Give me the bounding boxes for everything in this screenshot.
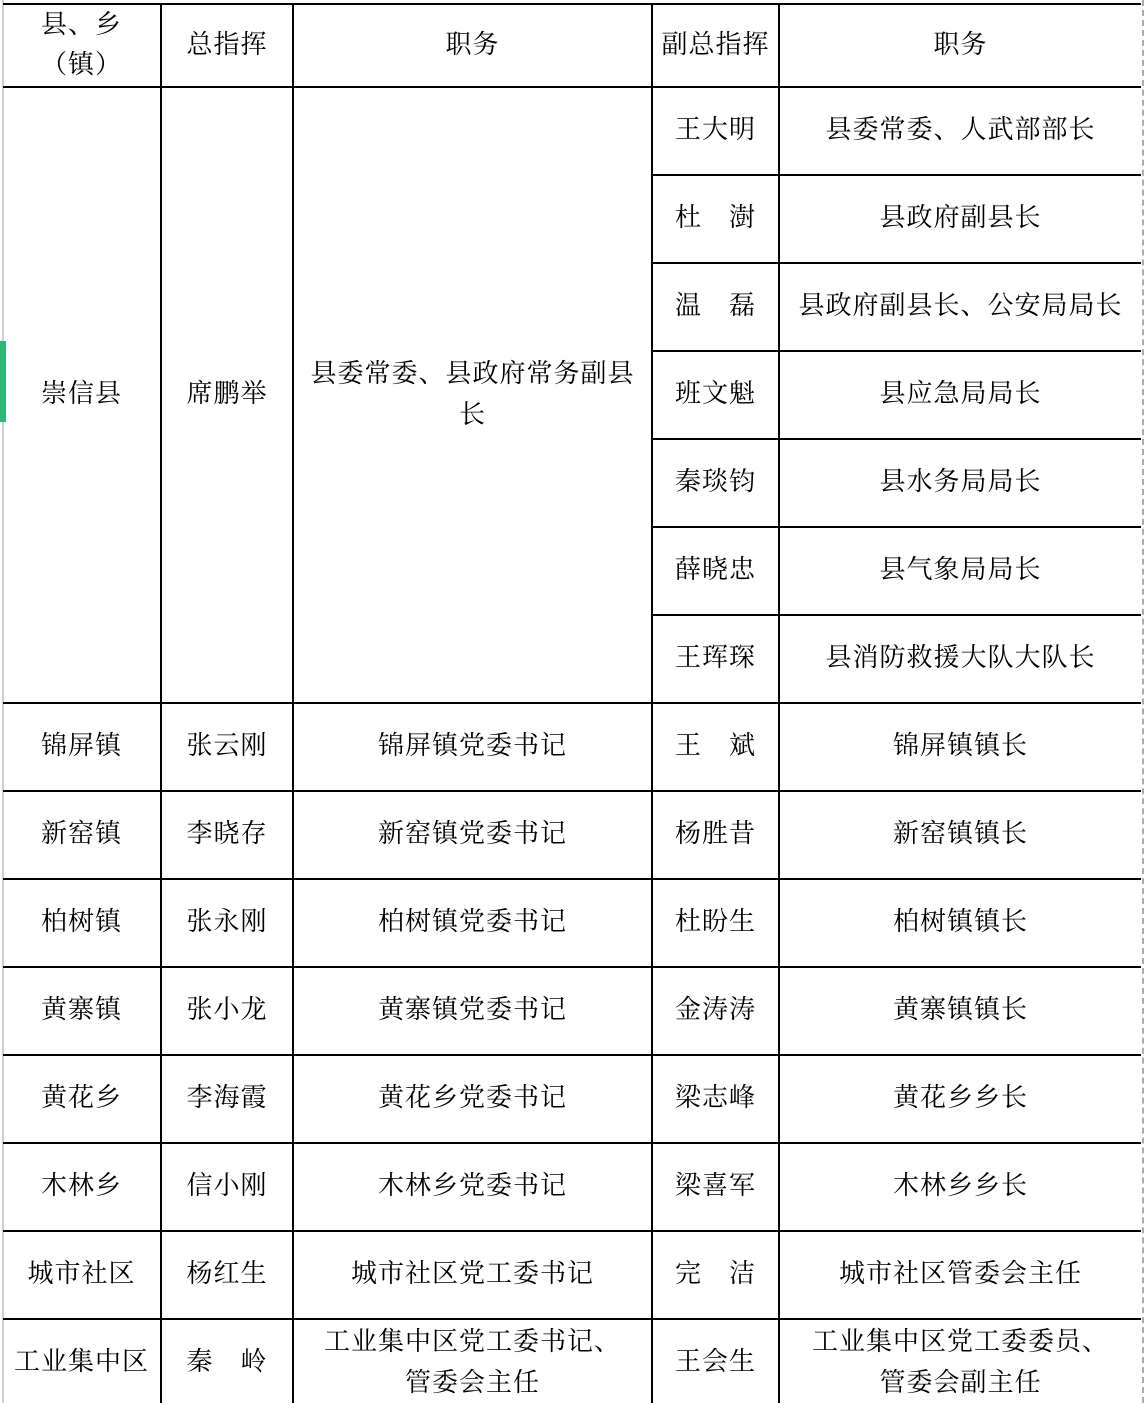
header-region: 县、乡（镇） <box>3 4 161 87</box>
command-structure-table: 县、乡（镇） 总指挥 职务 副总指挥 职务 崇信县 席鹏举 县委常委、县政府常务… <box>3 3 1141 1403</box>
deputy-title-cell: 县政府副县长 <box>779 175 1141 263</box>
chief-commander-cell: 杨红生 <box>161 1231 293 1319</box>
deputy-title-cell: 县委常委、人武部部长 <box>779 87 1141 175</box>
deputy-title-cell: 县应急局局长 <box>779 351 1141 439</box>
table-row: 黄花乡 李海霞 黄花乡党委书记 梁志峰 黄花乡乡长 <box>3 1055 1141 1143</box>
deputy-name-cell: 杜盼生 <box>652 879 779 967</box>
document-page: { "page": { "background": "#ffffff", "gr… <box>0 0 1147 1403</box>
deputy-name-cell: 杨胜昔 <box>652 791 779 879</box>
deputy-name-cell: 薛晓忠 <box>652 527 779 615</box>
deputy-name-cell: 梁志峰 <box>652 1055 779 1143</box>
chief-title-cell: 工业集中区党工委书记、 管委会主任 <box>293 1319 652 1403</box>
deputy-title-cell: 工业集中区党工委委员、 管委会副主任 <box>779 1319 1141 1403</box>
header-deputy-title: 职务 <box>779 4 1141 87</box>
deputy-title-cell: 新窑镇镇长 <box>779 791 1141 879</box>
chief-commander-cell: 信小刚 <box>161 1143 293 1231</box>
deputy-name-cell: 王珲琛 <box>652 615 779 703</box>
chief-commander-cell: 张云刚 <box>161 703 293 791</box>
table-row: 锦屏镇 张云刚 锦屏镇党委书记 王 斌 锦屏镇镇长 <box>3 703 1141 791</box>
region-cell: 崇信县 <box>3 87 161 703</box>
deputy-name-cell: 王会生 <box>652 1319 779 1403</box>
deputy-name-cell: 杜 澍 <box>652 175 779 263</box>
region-cell: 黄花乡 <box>3 1055 161 1143</box>
deputy-title-cell: 城市社区管委会主任 <box>779 1231 1141 1319</box>
deputy-title-cell: 锦屏镇镇长 <box>779 703 1141 791</box>
table-row: 城市社区 杨红生 城市社区党工委书记 完 洁 城市社区管委会主任 <box>3 1231 1141 1319</box>
header-chief-title: 职务 <box>293 4 652 87</box>
region-cell: 锦屏镇 <box>3 703 161 791</box>
chief-title-cell: 黄寨镇党委书记 <box>293 967 652 1055</box>
deputy-title-cell: 县气象局局长 <box>779 527 1141 615</box>
region-cell: 工业集中区 <box>3 1319 161 1403</box>
region-cell: 新窑镇 <box>3 791 161 879</box>
chief-title-cell: 木林乡党委书记 <box>293 1143 652 1231</box>
chief-commander-cell: 李晓存 <box>161 791 293 879</box>
deputy-title-cell: 柏树镇镇长 <box>779 879 1141 967</box>
chief-title-cell: 柏树镇党委书记 <box>293 879 652 967</box>
page-right-boundary-line <box>1142 0 1144 1403</box>
deputy-name-cell: 王大明 <box>652 87 779 175</box>
table-row: 崇信县 席鹏举 县委常委、县政府常务副县长 王大明 县委常委、人武部部长 <box>3 87 1141 175</box>
table-header-row: 县、乡（镇） 总指挥 职务 副总指挥 职务 <box>3 4 1141 87</box>
table-row: 工业集中区 秦 岭 工业集中区党工委书记、 管委会主任 王会生 工业集中区党工委… <box>3 1319 1141 1403</box>
region-cell: 木林乡 <box>3 1143 161 1231</box>
header-chief-commander: 总指挥 <box>161 4 293 87</box>
chief-title-cell: 城市社区党工委书记 <box>293 1231 652 1319</box>
table-row: 木林乡 信小刚 木林乡党委书记 梁喜军 木林乡乡长 <box>3 1143 1141 1231</box>
chief-commander-cell: 席鹏举 <box>161 87 293 703</box>
deputy-name-cell: 完 洁 <box>652 1231 779 1319</box>
deputy-title-cell: 黄花乡乡长 <box>779 1055 1141 1143</box>
deputy-title-cell: 木林乡乡长 <box>779 1143 1141 1231</box>
chief-title-cell: 县委常委、县政府常务副县长 <box>293 87 652 703</box>
table-row: 黄寨镇 张小龙 黄寨镇党委书记 金涛涛 黄寨镇镇长 <box>3 967 1141 1055</box>
deputy-title-cell: 县消防救援大队大队长 <box>779 615 1141 703</box>
table-row: 柏树镇 张永刚 柏树镇党委书记 杜盼生 柏树镇镇长 <box>3 879 1141 967</box>
region-cell: 黄寨镇 <box>3 967 161 1055</box>
deputy-name-cell: 秦琰钧 <box>652 439 779 527</box>
deputy-name-cell: 温 磊 <box>652 263 779 351</box>
table-row: 新窑镇 李晓存 新窑镇党委书记 杨胜昔 新窑镇镇长 <box>3 791 1141 879</box>
chief-commander-cell: 张永刚 <box>161 879 293 967</box>
deputy-title-cell: 县政府副县长、公安局局长 <box>779 263 1141 351</box>
chief-title-cell: 锦屏镇党委书记 <box>293 703 652 791</box>
deputy-name-cell: 梁喜军 <box>652 1143 779 1231</box>
region-cell: 柏树镇 <box>3 879 161 967</box>
left-edge-green-indicator <box>0 341 6 422</box>
chief-commander-cell: 李海霞 <box>161 1055 293 1143</box>
chief-commander-cell: 秦 岭 <box>161 1319 293 1403</box>
region-cell: 城市社区 <box>3 1231 161 1319</box>
chief-title-cell: 黄花乡党委书记 <box>293 1055 652 1143</box>
chief-title-cell: 新窑镇党委书记 <box>293 791 652 879</box>
deputy-name-cell: 王 斌 <box>652 703 779 791</box>
chief-commander-cell: 张小龙 <box>161 967 293 1055</box>
deputy-title-cell: 县水务局局长 <box>779 439 1141 527</box>
deputy-name-cell: 班文魁 <box>652 351 779 439</box>
header-deputy-commander: 副总指挥 <box>652 4 779 87</box>
deputy-title-cell: 黄寨镇镇长 <box>779 967 1141 1055</box>
deputy-name-cell: 金涛涛 <box>652 967 779 1055</box>
